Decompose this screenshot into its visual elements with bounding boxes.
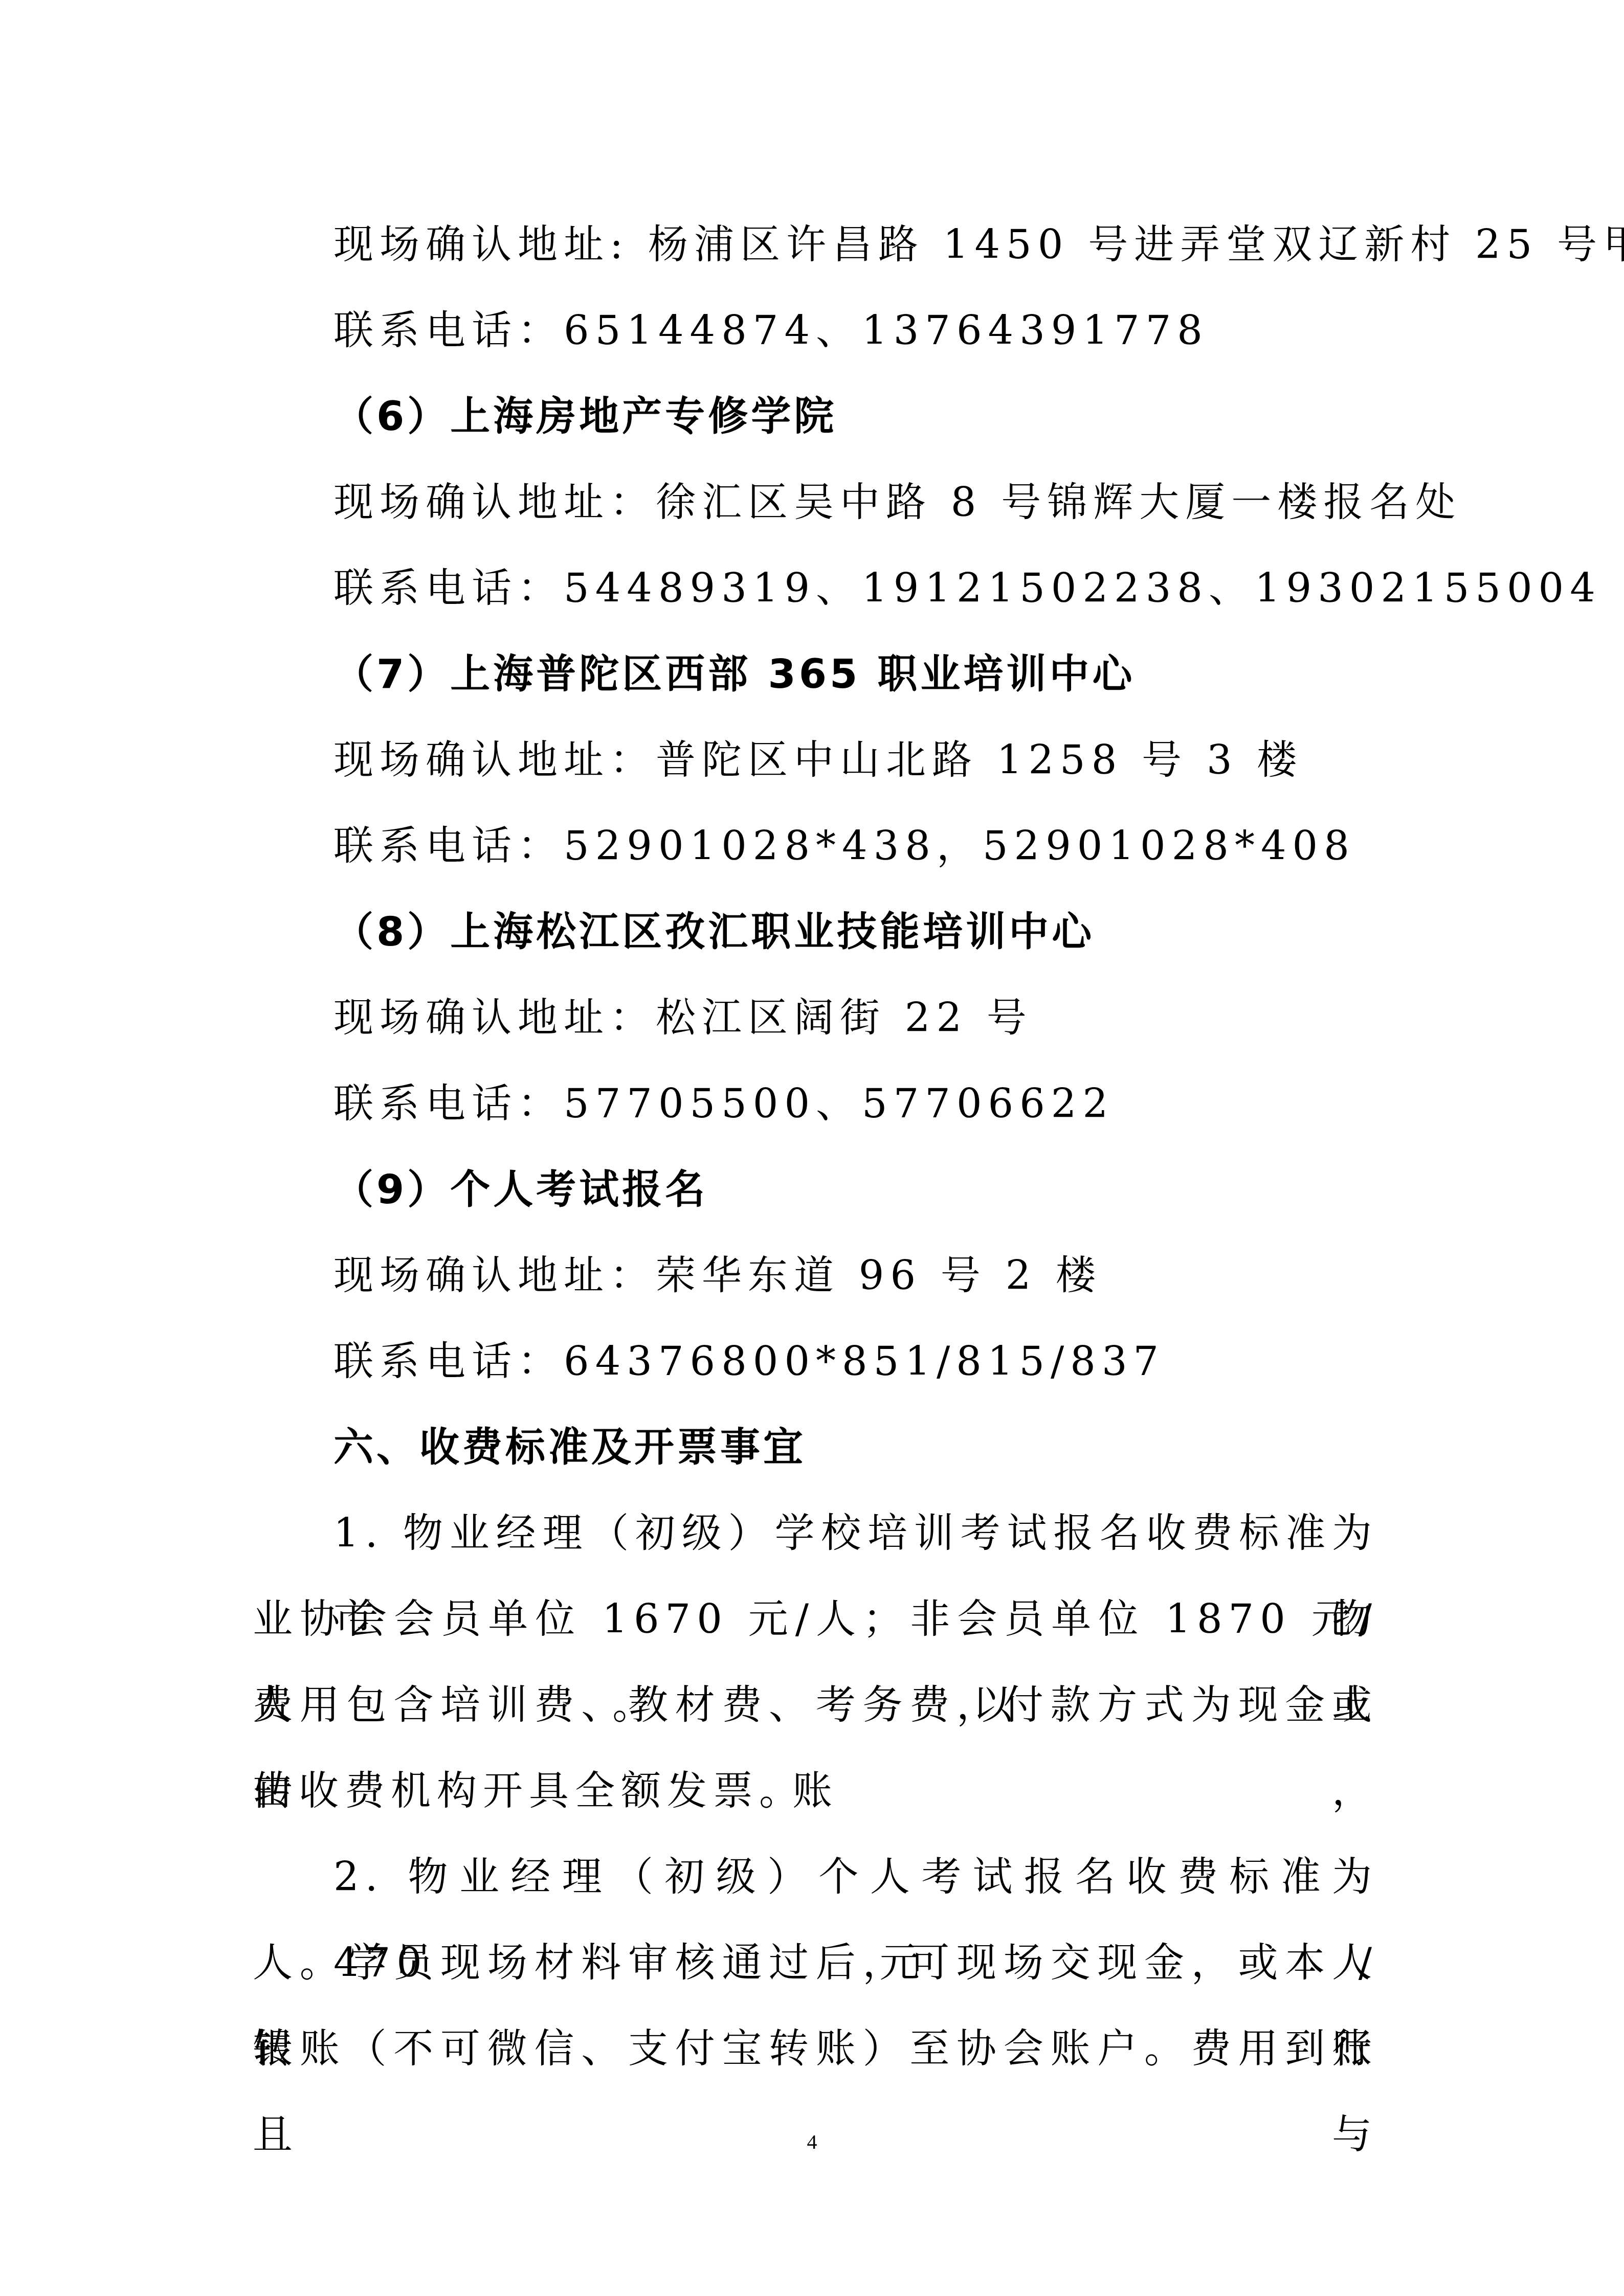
paragraph-1-line-4: 由收费机构开具全额发票。 [253, 1748, 1378, 1834]
paragraph-2-line-3: 转账（不可微信、支付宝转账）至协会账户。费用到账且与 [253, 2006, 1378, 2092]
heading-institution-8: （8）上海松江区孜汇职业技能培训中心 [333, 889, 1378, 975]
address-line-9: 现场确认地址：荣华东道 96 号 2 楼 [333, 1233, 1378, 1319]
paragraph-1-line-1: 1. 物业经理（初级）学校培训考试报名收费标准为市物 [333, 1491, 1378, 1577]
address-line-8: 现场确认地址：松江区阔街 22 号 [333, 975, 1378, 1061]
document-page: 现场确认地址: 杨浦区许昌路 1450 号进弄堂双辽新村 25 号甲 联系电话：… [0, 0, 1624, 2296]
paragraph-1-line-3: 费用包含培训费、教材费、考务费，付款方式为现金或转账， [253, 1662, 1378, 1748]
phone-line-7: 联系电话：52901028*438，52901028*408 [333, 803, 1378, 889]
phone-line-5: 联系电话：65144874、13764391778 [333, 288, 1378, 374]
heading-individual-9: （9）个人考试报名 [333, 1147, 1378, 1233]
heading-institution-7: （7）上海普陀区西部 365 职业培训中心 [333, 632, 1378, 717]
paragraph-2-line-1: 2. 物业经理（初级）个人考试报名收费标准为 470 元/ [333, 1834, 1378, 1920]
phone-line-8: 联系电话：57705500、57706622 [333, 1061, 1378, 1147]
page-number: 4 [0, 2130, 1624, 2154]
address-line-7: 现场确认地址：普陀区中山北路 1258 号 3 楼 [333, 717, 1378, 803]
section-heading-fees: 六、收费标准及开票事宜 [333, 1405, 1378, 1491]
heading-institution-6: （6）上海房地产专修学院 [333, 374, 1378, 460]
address-line-6: 现场确认地址：徐汇区吴中路 8 号锦辉大厦一楼报名处 [333, 460, 1378, 546]
paragraph-1-line-2: 业协会会员单位 1670 元/人；非会员单位 1870 元/人。以上 [253, 1577, 1378, 1662]
phone-line-6: 联系电话：54489319、19121502238、19302155004 [333, 546, 1378, 632]
paragraph-2-line-2: 人。学员现场材料审核通过后，可现场交现金，或本人银行 [253, 1920, 1378, 2006]
phone-line-9: 联系电话：64376800*851/815/837 [333, 1319, 1378, 1405]
address-line-5: 现场确认地址: 杨浦区许昌路 1450 号进弄堂双辽新村 25 号甲 [333, 202, 1378, 288]
